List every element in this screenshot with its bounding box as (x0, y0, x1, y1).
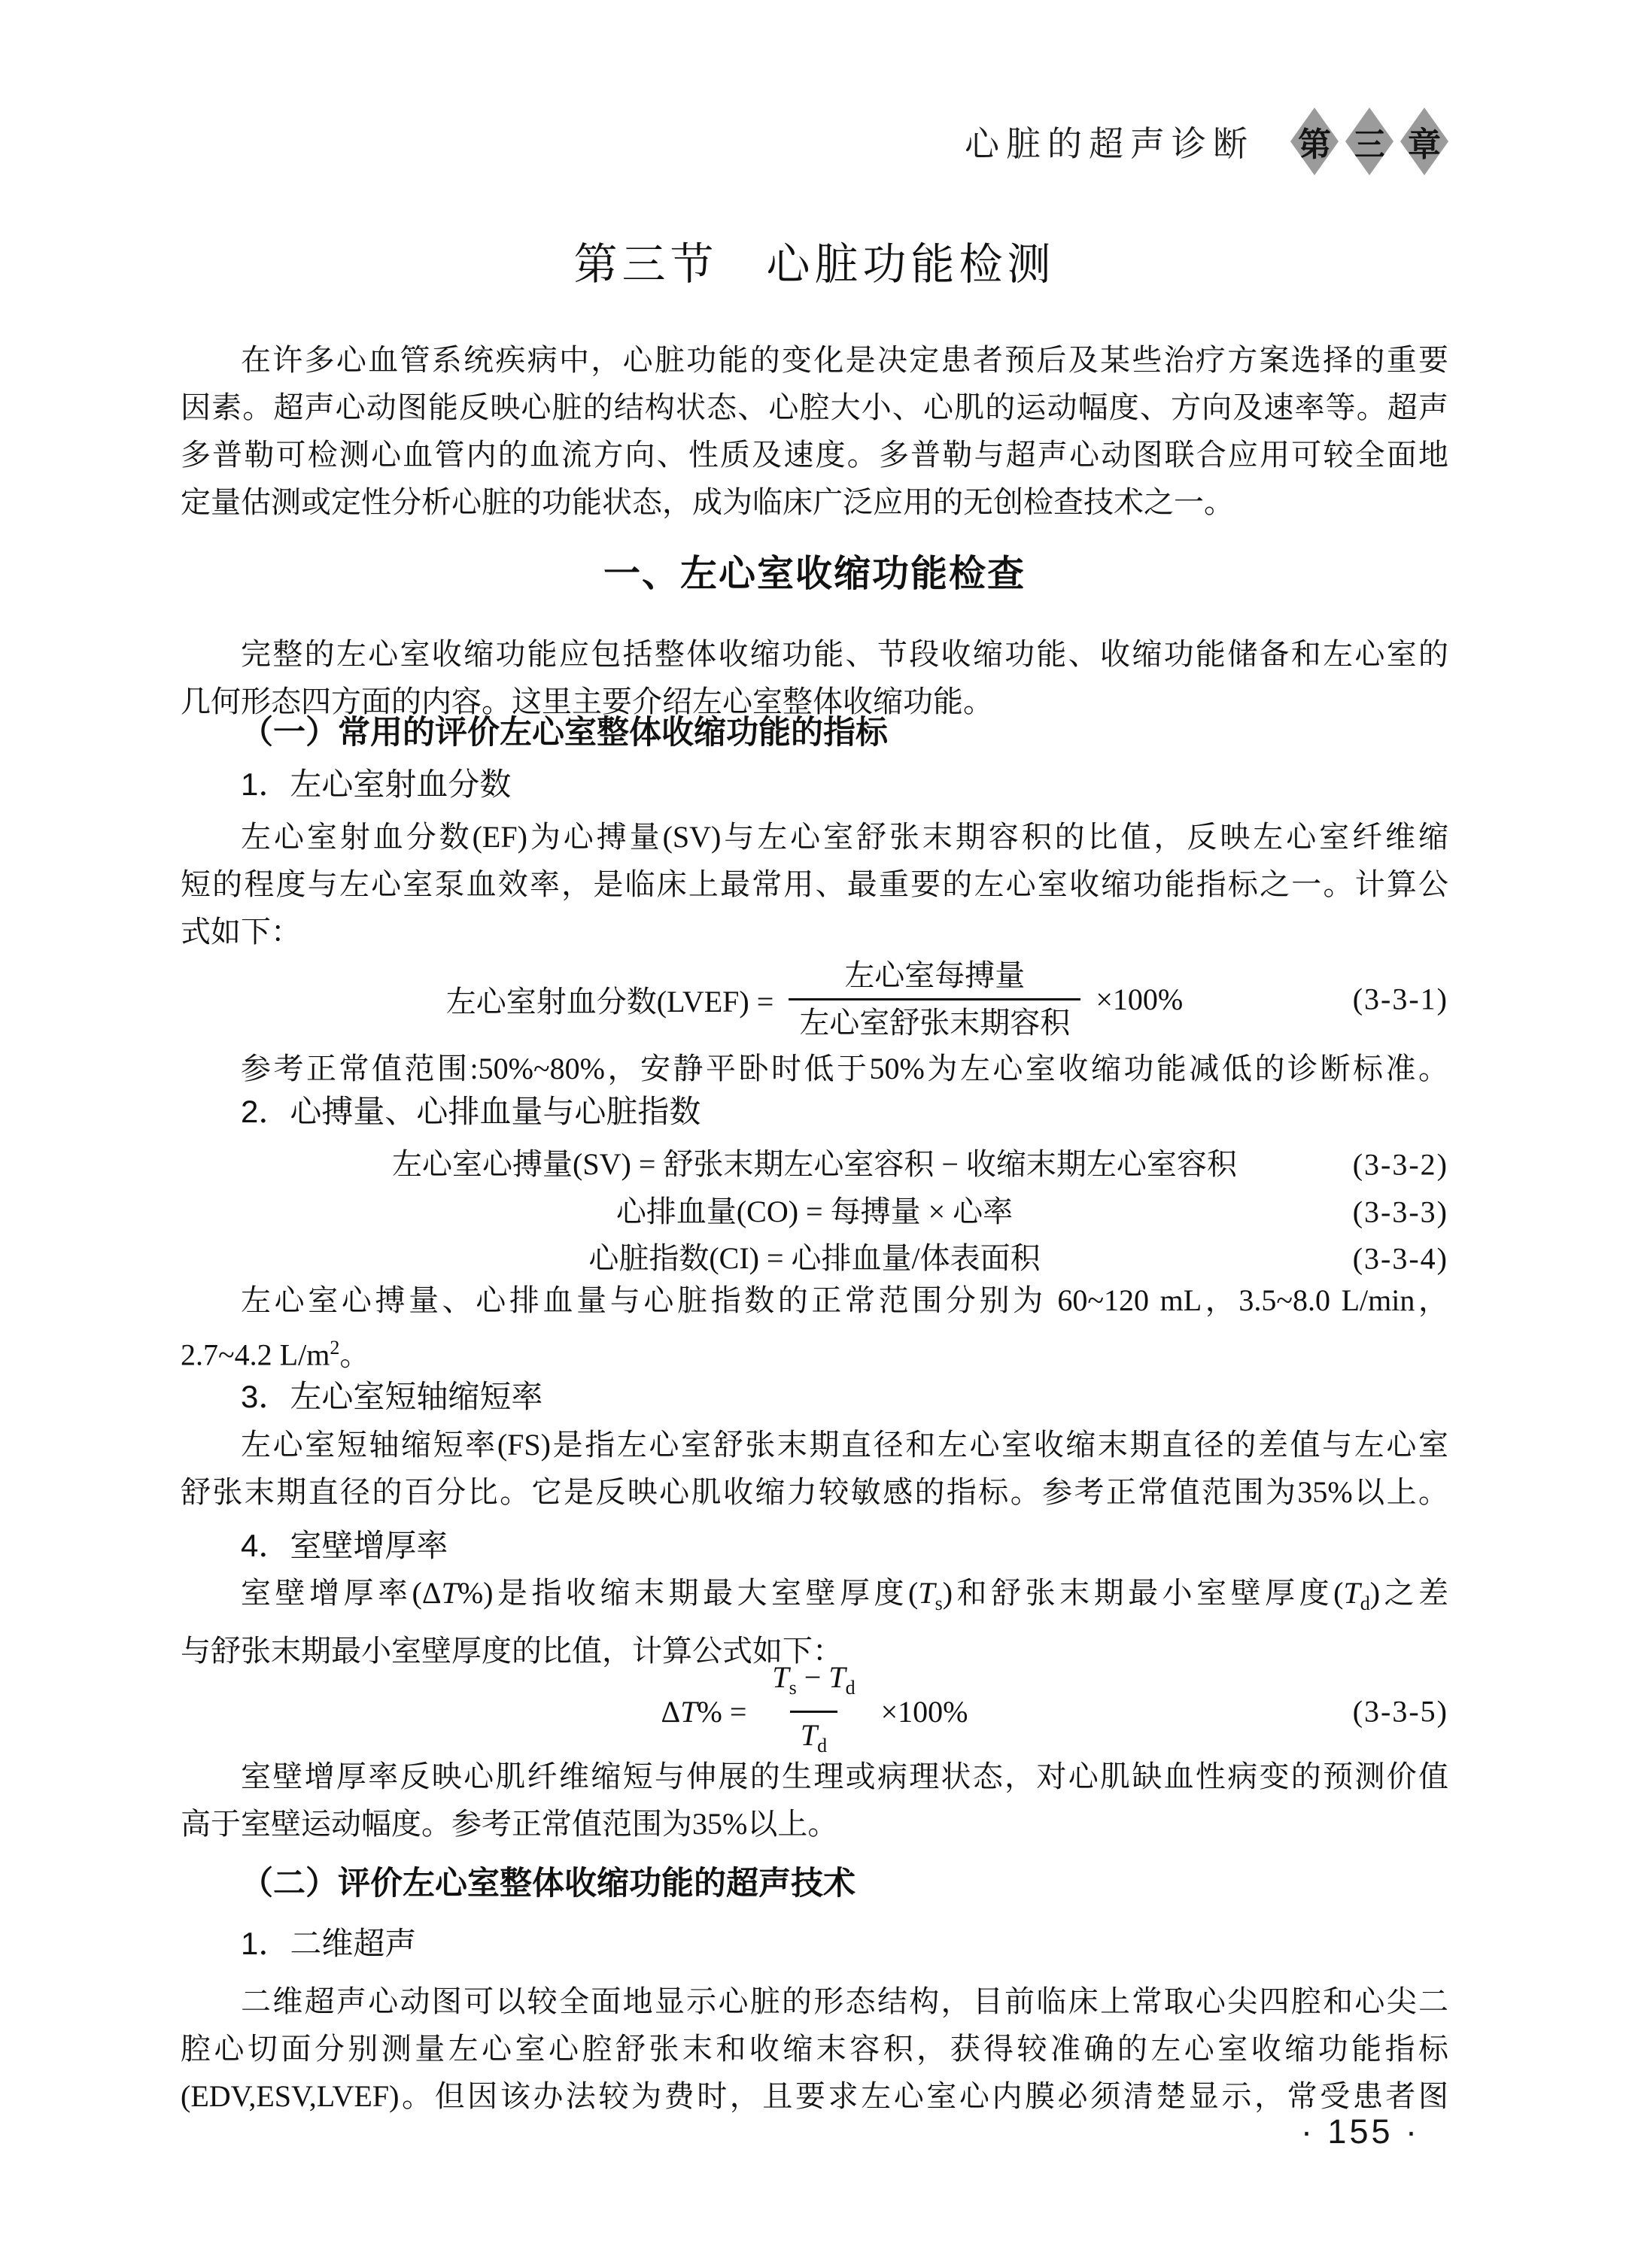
equation-body: 心脏指数(CI) = 心排血量/体表面积 (588, 1234, 1040, 1282)
text-line: 左心室短轴缩短率(FS)是指左心室舒张末期直径和左心室收缩末期直径的差值与左心室 (181, 1421, 1448, 1468)
paragraph-ef: 左心室射血分数(EF)为心搏量(SV)与左心室舒张末期容积的比值，反映左心室纤维… (181, 813, 1448, 955)
equation-lhs: ΔT% = (661, 1694, 747, 1729)
paragraph-2d: 二维超声心动图可以较全面地显示心脏的形态结构，目前临床上常取心尖四腔和心尖二 腔… (181, 1978, 1448, 2120)
chapter-diamond: 三 (1345, 108, 1393, 175)
paragraph-fs: 左心室短轴缩短率(FS)是指左心室舒张末期直径和左心室收缩末期直径的差值与左心室… (181, 1421, 1448, 1516)
paragraph-dt-meaning: 室壁增厚率反映心肌纤维缩短与伸展的生理或病理状态，对心肌缺血性病变的预测价值 高… (181, 1753, 1448, 1847)
equation-lvef: 左心室射血分数(LVEF) = 左心室每搏量 左心室舒张末期容积 ×100% (… (181, 949, 1448, 1049)
numbered-heading-dt: 4．室壁增厚率 (181, 1525, 1448, 1567)
numbered-heading-fs: 3．左心室短轴缩短率 (181, 1376, 1448, 1418)
text-line: 左心室射血分数(EF)为心搏量(SV)与左心室舒张末期容积的比值，反映左心室纤维… (181, 813, 1448, 861)
equation-sv: 左心室心搏量(SV) = 舒张末期左心室容积 − 收缩末期左心室容积 (3-3-… (181, 1140, 1448, 1188)
equation-body: ΔT% = Ts − Td Td ×100% (661, 1658, 968, 1766)
text-line: (EDV,ESV,LVEF)。但因该办法较为费时，且要求左心室心内膜必须清楚显示… (181, 2072, 1448, 2120)
paragraph-ref-range: 参考正常值范围:50%~80%，安静平卧时低于50%为左心室收缩功能减低的诊断标… (181, 1045, 1448, 1092)
fraction: Ts − Td Td (761, 1658, 865, 1766)
text-line: 舒张末期直径的百分比。它是反映心肌收缩力较敏感的指标。参考正常值范围为35%以上… (181, 1468, 1448, 1516)
text-line: 高于室壁运动幅度。参考正常值范围为35%以上。 (181, 1800, 1448, 1847)
equation-number: (3-3-2) (1353, 1146, 1448, 1182)
text-line: 室壁增厚率反映心肌纤维缩短与伸展的生理或病理状态，对心肌缺血性病变的预测价值 (181, 1753, 1448, 1800)
equation-number: (3-3-4) (1353, 1240, 1448, 1276)
subsection-heading-1: （一）常用的评价左心室整体收缩功能的指标 (181, 712, 1448, 754)
text-line: 室壁增厚率(ΔT%)是指收缩末期最大室壁厚度(Ts)和舒张末期最小室壁厚度(Td… (181, 1569, 1448, 1627)
running-title: 心脏的超声诊断 (965, 117, 1254, 166)
chapter-diamond: 章 (1400, 108, 1448, 175)
fraction-numerator: Ts − Td (761, 1658, 865, 1711)
equation-lhs: 左心室射血分数(LVEF) = (446, 978, 774, 1021)
fraction-denominator: 左心室舒张末期容积 (789, 998, 1080, 1043)
text-line: 定量估测或定性分析心脏的功能状态，成为临床广泛应用的无创检查技术之一。 (181, 478, 1448, 526)
subsection-heading-2: （二）评价左心室整体收缩功能的超声技术 (181, 1863, 1448, 1905)
text-line: 在许多心血管系统疾病中，心脏功能的变化是决定患者预后及某些治疗方案选择的重要 (181, 336, 1448, 384)
equation-suffix: ×100% (881, 1694, 968, 1729)
chapter-marker: 第 三 章 (1290, 108, 1448, 175)
text-line: 式如下： (181, 908, 1448, 955)
paragraph-sv-range: 左心室心搏量、心排血量与心脏指数的正常范围分别为 60~120 mL，3.5~8… (181, 1277, 1448, 1378)
numbered-heading-ef: 1．左心室射血分数 (181, 764, 1448, 806)
text-line: 二维超声心动图可以较全面地显示心脏的形态结构，目前临床上常取心尖四腔和心尖二 (181, 1978, 1448, 2025)
text-line: 因素。超声心动图能反映心脏的结构状态、心腔大小、心肌的运动幅度、方向及速率等。超… (181, 384, 1448, 431)
page-number: · 155 · (1301, 2112, 1420, 2151)
equation-body: 心排血量(CO) = 每搏量 × 心率 (616, 1188, 1013, 1235)
fraction-numerator: 左心室每搏量 (834, 956, 1035, 998)
intro-paragraph: 在许多心血管系统疾病中，心脏功能的变化是决定患者预后及某些治疗方案选择的重要 因… (181, 336, 1448, 526)
equation-number: (3-3-5) (1353, 1694, 1448, 1729)
equation-number: (3-3-1) (1353, 982, 1448, 1017)
text-line: 腔心切面分别测量左心室心腔舒张末和收缩末容积，获得较准确的左心室收缩功能指标 (181, 2025, 1448, 2072)
text-line: 2.7~4.2 L/m2。 (181, 1324, 1448, 1378)
equation-body: 左心室心搏量(SV) = 舒张末期左心室容积 − 收缩末期左心室容积 (392, 1140, 1237, 1188)
page-header: 心脏的超声诊断 第 三 章 (181, 104, 1448, 179)
book-page: 心脏的超声诊断 第 三 章 第三节 心脏功能检测 在许多心血管系统疾病中，心脏功… (0, 0, 1629, 2268)
text-line: 完整的左心室收缩功能应包括整体收缩功能、节段收缩功能、收缩功能储备和左心室的 (181, 630, 1448, 678)
text-line: 多普勒可检测心血管内的血流方向、性质及速度。多普勒与超声心动图联合应用可较全面地 (181, 431, 1448, 478)
section-title: 第三节 心脏功能检测 (181, 235, 1448, 295)
equation-suffix: ×100% (1096, 982, 1183, 1017)
chapter-diamond: 第 (1290, 108, 1339, 175)
equation-body: 左心室射血分数(LVEF) = 左心室每搏量 左心室舒张末期容积 ×100% (446, 956, 1183, 1043)
text-line: 短的程度与左心室泵血效率，是临床上最常用、最重要的左心室收缩功能指标之一。计算公 (181, 861, 1448, 908)
equation-ci: 心脏指数(CI) = 心排血量/体表面积 (3-3-4) (181, 1234, 1448, 1282)
section-heading: 一、左心室收缩功能检查 (181, 550, 1448, 598)
fraction: 左心室每搏量 左心室舒张末期容积 (789, 956, 1080, 1043)
numbered-heading-2d: 1．二维超声 (181, 1923, 1448, 1965)
equation-co: 心排血量(CO) = 每搏量 × 心率 (3-3-3) (181, 1188, 1448, 1235)
text-line: 参考正常值范围:50%~80%，安静平卧时低于50%为左心室收缩功能减低的诊断标… (181, 1045, 1448, 1092)
text-line: 左心室心搏量、心排血量与心脏指数的正常范围分别为 60~120 mL，3.5~8… (181, 1277, 1448, 1324)
numbered-heading-sv: 2．心搏量、心排血量与心脏指数 (181, 1091, 1448, 1133)
equation-dt: ΔT% = Ts − Td Td ×100% (3-3-5) (181, 1655, 1448, 1768)
equation-number: (3-3-3) (1353, 1194, 1448, 1229)
